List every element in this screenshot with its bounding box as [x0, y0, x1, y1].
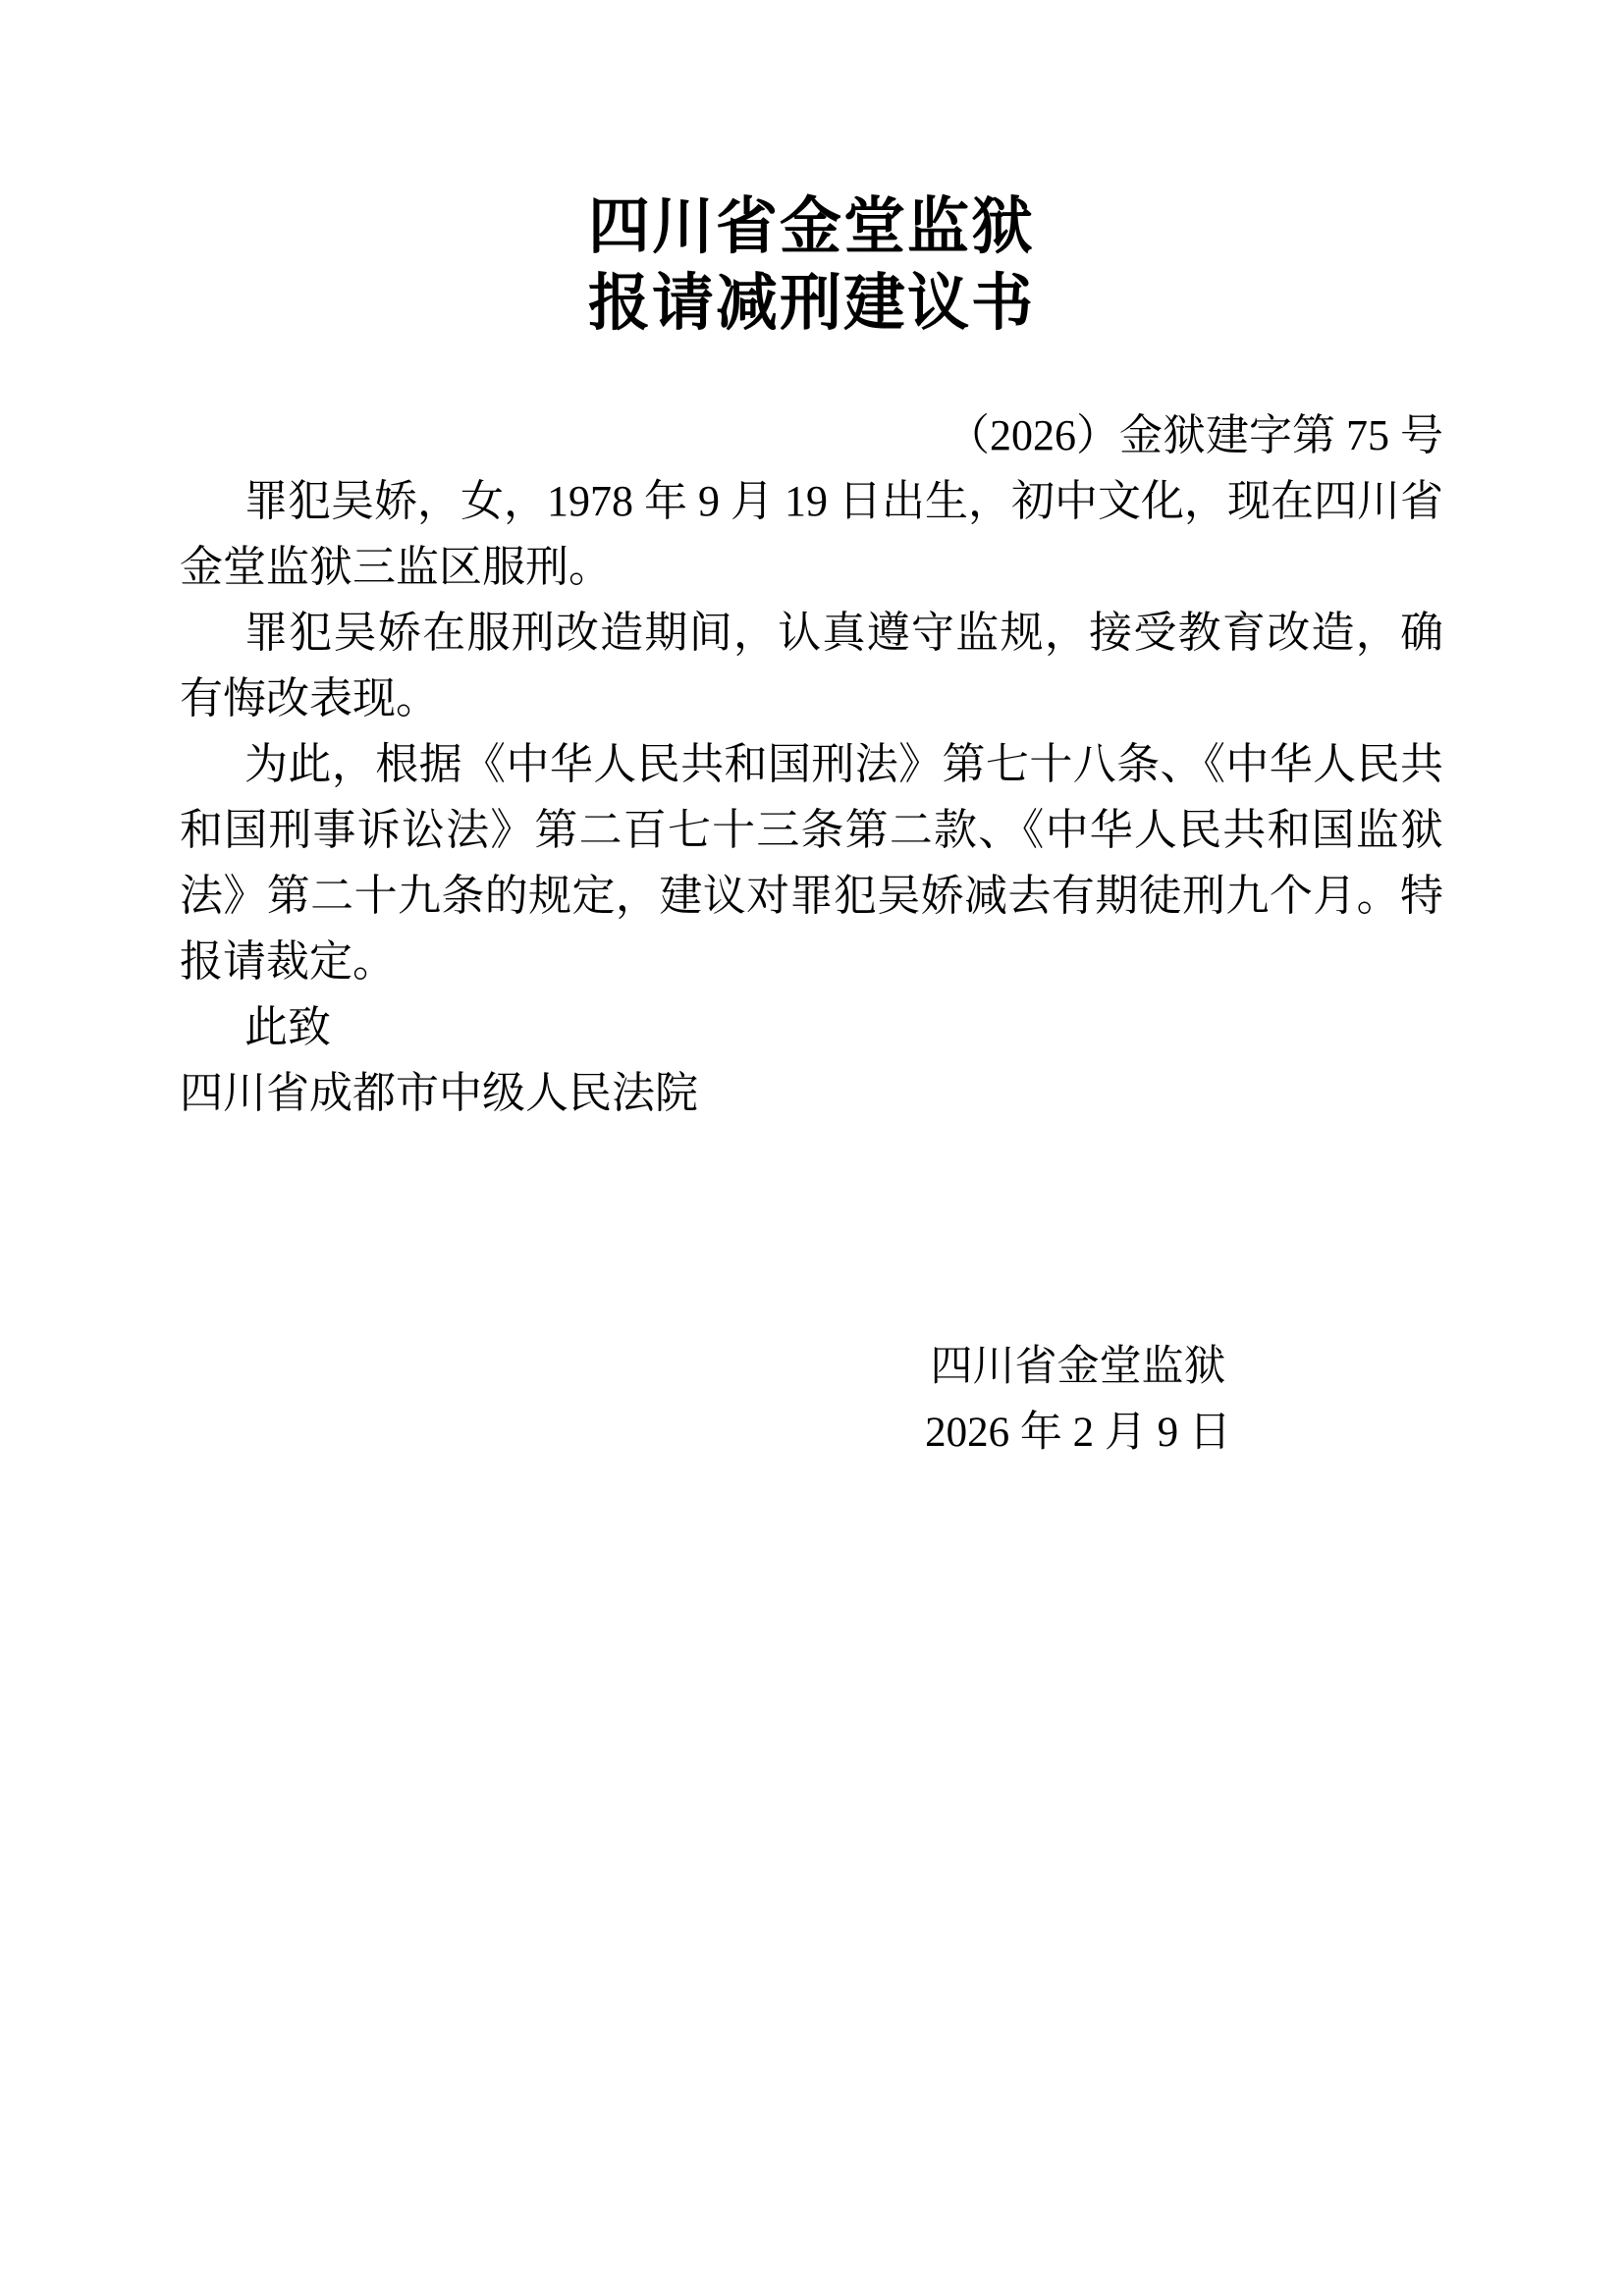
paragraph-offender-facts: 罪犯吴娇，女，1978 年 9 月 19 日出生，初中文化，现在四川省金堂监狱三…	[180, 468, 1443, 600]
document-number: （2026）金狱建字第 75 号	[180, 402, 1443, 468]
title-line-2: 报请减刑建议书	[180, 265, 1443, 342]
document-page: 四川省金堂监狱 报请减刑建议书 （2026）金狱建字第 75 号 罪犯吴娇，女，…	[0, 0, 1624, 2296]
title-line-1: 四川省金堂监狱	[180, 188, 1443, 265]
closing-salute: 此致	[180, 994, 1443, 1060]
signature-date: 2026 年 2 月 9 日	[911, 1400, 1245, 1466]
closing-recipient: 四川省成都市中级人民法院	[180, 1060, 1443, 1126]
paragraph-legal-recommendation: 为此，根据《中华人民共和国刑法》第七十八条、《中华人民共和国刑事诉讼法》第二百七…	[180, 731, 1443, 994]
signature-block: 四川省金堂监狱 2026 年 2 月 9 日	[911, 1334, 1245, 1466]
paragraph-behavior: 罪犯吴娇在服刑改造期间，认真遵守监规，接受教育改造，确有悔改表现。	[180, 600, 1443, 731]
signature-org: 四川省金堂监狱	[911, 1334, 1245, 1400]
document-title: 四川省金堂监狱 报请减刑建议书	[180, 188, 1443, 342]
